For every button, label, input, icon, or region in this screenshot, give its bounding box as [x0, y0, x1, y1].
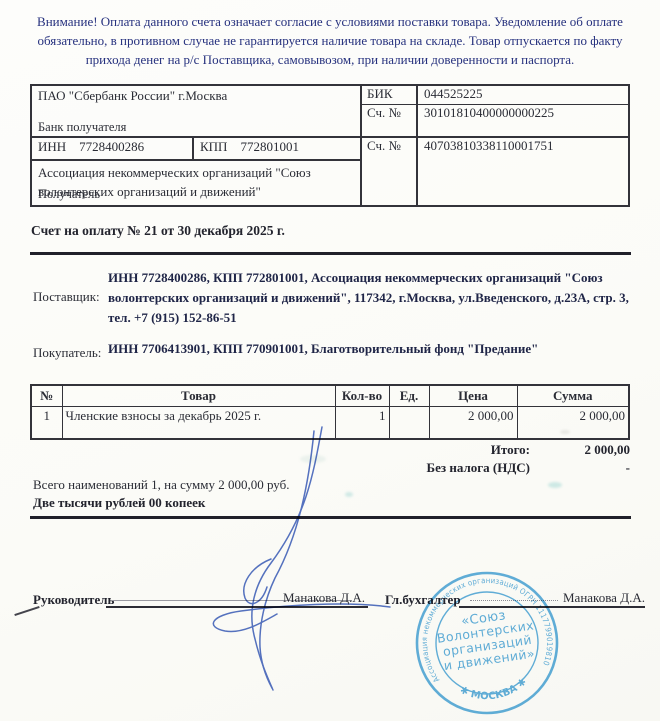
inn-label: ИНН	[38, 139, 66, 154]
organization-stamp: Ассоциация некоммерческих организаций ОГ…	[404, 562, 570, 721]
kpp-cell: КПП772801001	[194, 138, 360, 159]
corr-account-value: 30101810400000000225	[418, 105, 628, 136]
corr-account-label: Сч. №	[362, 105, 418, 136]
accountant-name: Манакова Д.А.	[563, 590, 645, 606]
corr-account-row: Сч. № 30101810400000000225	[362, 105, 628, 138]
recipient-cell: Ассоциация некоммерческих организаций "С…	[32, 161, 360, 205]
recipient-caption: Получатель	[38, 185, 100, 204]
bik-row: БИК 044525225	[362, 86, 628, 105]
scan-speckle	[548, 482, 562, 488]
invoice-document: Внимание! Оплата данного счета означает …	[0, 0, 660, 721]
inn-value: 7728400286	[79, 139, 144, 154]
bik-value: 044525225	[418, 86, 628, 104]
item-price: 2 000,00	[429, 407, 517, 440]
divider-rule-top	[30, 252, 631, 255]
bik-label: БИК	[362, 86, 418, 104]
buyer-label: Покупатель:	[33, 345, 101, 361]
bank-table-right-section: БИК 044525225 Сч. № 30101810400000000225…	[362, 86, 628, 205]
total-value: 2 000,00	[530, 442, 630, 458]
scan-pen-mark	[14, 606, 39, 616]
col-header-price: Цена	[429, 385, 517, 407]
item-amount: 2 000,00	[517, 407, 629, 440]
supplier-label: Поставщик:	[33, 289, 100, 305]
col-header-num: №	[31, 385, 62, 407]
supplier-details: ИНН 7728400286, КПП 772801001, Ассоциаци…	[108, 268, 632, 328]
handwritten-signature	[185, 418, 400, 700]
bank-details-table: ПАО "Сбербанк России" г.Москва Банк полу…	[30, 84, 630, 207]
kpp-value: 772801001	[240, 139, 299, 154]
settlement-account-row: Сч. № 40703810338110001751	[362, 138, 628, 205]
item-num: 1	[31, 407, 62, 440]
payment-warning-text: Внимание! Оплата данного счета означает …	[26, 12, 634, 69]
items-header-row: № Товар Кол-во Ед. Цена Сумма	[31, 385, 629, 407]
col-header-unit: Ед.	[389, 385, 429, 407]
no-vat-value: -	[530, 460, 630, 476]
inn-cell: ИНН7728400286	[32, 138, 194, 159]
settlement-account-value: 40703810338110001751	[418, 138, 628, 205]
col-header-product: Товар	[62, 385, 335, 407]
kpp-label: КПП	[200, 139, 227, 154]
stamp-city-text: ✱ МОСКВА ✱	[457, 676, 531, 707]
bank-table-left-section: ПАО "Сбербанк России" г.Москва Банк полу…	[32, 86, 362, 205]
inn-kpp-row: ИНН7728400286 КПП772801001	[32, 138, 360, 161]
amount-in-words: Две тысячи рублей 00 копеек	[33, 495, 205, 511]
col-header-qty: Кол-во	[335, 385, 389, 407]
invoice-title: Счет на оплату № 21 от 30 декабря 2025 г…	[31, 223, 285, 239]
scan-speckle	[560, 430, 570, 434]
director-label: Руководитель	[33, 592, 114, 608]
settlement-account-label: Сч. №	[362, 138, 418, 205]
bank-name-cell: ПАО "Сбербанк России" г.Москва Банк полу…	[32, 86, 360, 138]
buyer-details: ИНН 7706413901, КПП 770901001, Благотвор…	[108, 339, 632, 359]
col-header-amount: Сумма	[517, 385, 629, 407]
bank-name: ПАО "Сбербанк России" г.Москва	[38, 88, 354, 104]
bank-caption: Банк получателя	[38, 120, 126, 135]
stamp-center-text: «Союз Волонтерских организаций и движени…	[434, 605, 539, 674]
